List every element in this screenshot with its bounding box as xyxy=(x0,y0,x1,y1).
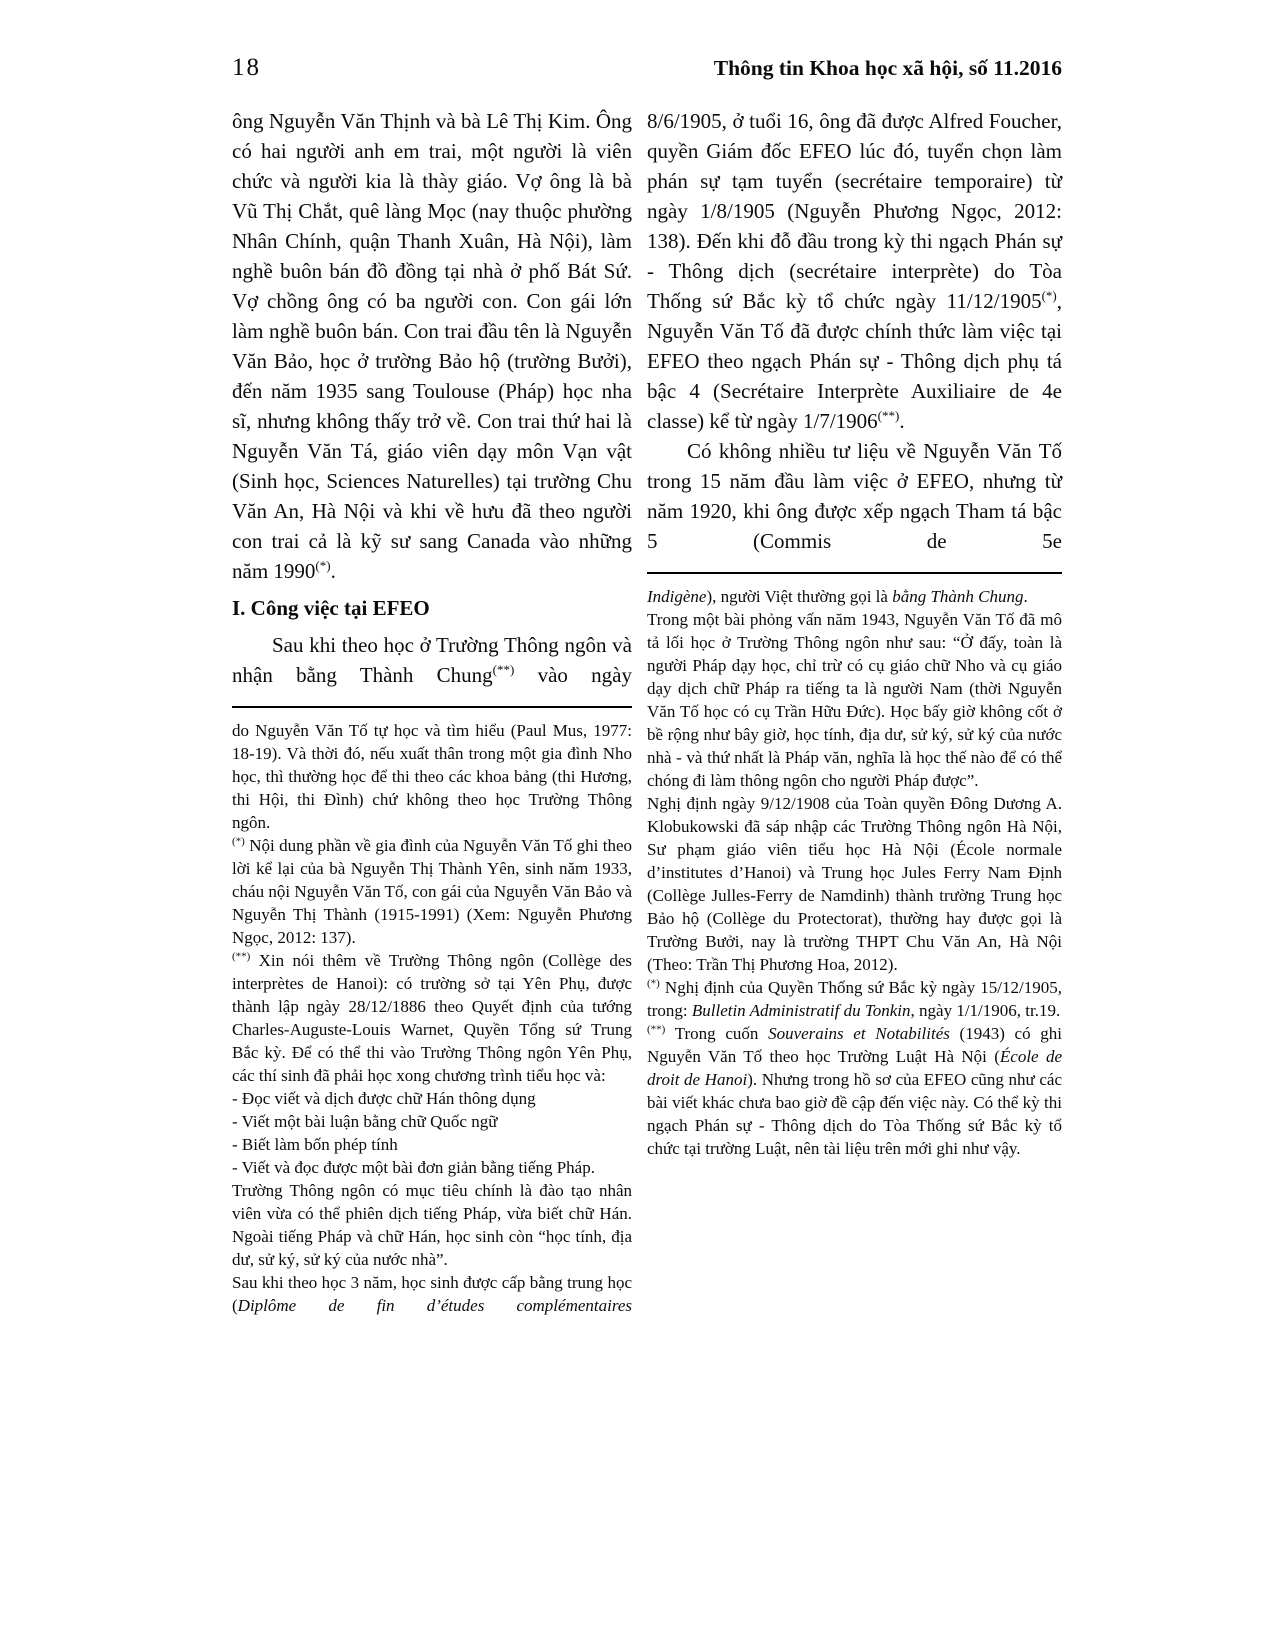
footnote-paragraph: Sau khi theo học 3 năm, học sinh được cấ… xyxy=(232,1271,632,1317)
footnote-paragraph: Trong một bài phỏng vấn năm 1943, Nguyễn… xyxy=(647,608,1062,792)
two-column-layout: ông Nguyễn Văn Thịnh và bà Lê Thị Kim. Ô… xyxy=(232,106,1062,1317)
footnote-paragraph: (**) Trong cuốn Souverains et Notabilité… xyxy=(647,1022,1062,1160)
footnote-text: , ngày 1/1/1906, tr.19. xyxy=(911,1001,1061,1020)
paragraph-text: . xyxy=(899,409,904,433)
footnote-paragraph: (**) Xin nói thêm về Trường Thông ngôn (… xyxy=(232,949,632,1087)
footnote-paragraph: (*) Nghị định của Quyền Thống sứ Bắc kỳ … xyxy=(647,976,1062,1022)
journal-title: Thông tin Khoa học xã hội, số 11.2016 xyxy=(714,56,1062,81)
footnote-text: ), người Việt thường gọi là xyxy=(706,587,892,606)
footnote-list-item: - Viết một bài luận bằng chữ Quốc ngữ xyxy=(232,1110,632,1133)
footnote-marker: (**) xyxy=(493,662,515,677)
body-paragraph: Sau khi theo học ở Trường Thông ngôn và … xyxy=(232,630,632,690)
column-left: ông Nguyễn Văn Thịnh và bà Lê Thị Kim. Ô… xyxy=(232,106,632,1317)
footnote-paragraph: (*) Nội dung phần về gia đình của Nguyễn… xyxy=(232,834,632,949)
footnote-text: Trong cuốn xyxy=(665,1024,768,1043)
footnote-marker: (*) xyxy=(647,977,660,989)
column-right: 8/6/1905, ở tuổi 16, ông đã được Alfred … xyxy=(647,106,1062,1317)
body-paragraph: ông Nguyễn Văn Thịnh và bà Lê Thị Kim. Ô… xyxy=(232,106,632,586)
footnote-text-italic: bằng Thành Chung xyxy=(892,587,1023,606)
right-footnotes: Indigène), người Việt thường gọi là bằng… xyxy=(647,585,1062,1160)
body-paragraph: 8/6/1905, ở tuổi 16, ông đã được Alfred … xyxy=(647,106,1062,436)
footnote-marker: (*) xyxy=(232,835,245,847)
footnote-marker: (*) xyxy=(315,558,330,573)
footnote-paragraph: Indigène), người Việt thường gọi là bằng… xyxy=(647,585,1062,608)
right-body-text: 8/6/1905, ở tuổi 16, ông đã được Alfred … xyxy=(647,106,1062,556)
journal-page: 18 Thông tin Khoa học xã hội, số 11.2016… xyxy=(0,0,1274,1649)
footnote-marker: (**) xyxy=(232,950,250,962)
footnote-text: . xyxy=(1023,587,1027,606)
footnote-separator-rule xyxy=(232,706,632,708)
footnote-separator-rule xyxy=(647,572,1062,574)
footnote-list-item: - Viết và đọc được một bài đơn giản bằng… xyxy=(232,1156,632,1179)
footnote-text: Xin nói thêm về Trường Thông ngôn (Collè… xyxy=(232,951,632,1085)
footnote-paragraph: Trường Thông ngôn có mục tiêu chính là đ… xyxy=(232,1179,632,1271)
footnote-list-item: - Biết làm bốn phép tính xyxy=(232,1133,632,1156)
footnote-text: Nội dung phần về gia đình của Nguyễn Văn… xyxy=(232,836,632,947)
footnote-list-item: - Đọc viết và dịch được chữ Hán thông dụ… xyxy=(232,1087,632,1110)
footnote-paragraph: do Nguyễn Văn Tố tự học và tìm hiểu (Pau… xyxy=(232,719,632,834)
section-heading: I. Công việc tại EFEO xyxy=(232,593,632,623)
page-number: 18 xyxy=(232,54,261,82)
paragraph-text: vào ngày xyxy=(514,663,632,687)
footnote-text-italic: Bulletin Administratif du Tonkin xyxy=(692,1001,911,1020)
footnote-paragraph: Nghị định ngày 9/12/1908 của Toàn quyền … xyxy=(647,792,1062,976)
footnote-marker: (**) xyxy=(878,408,900,423)
page-header: 18 Thông tin Khoa học xã hội, số 11.2016 xyxy=(232,54,1062,82)
left-body-text: ông Nguyễn Văn Thịnh và bà Lê Thị Kim. Ô… xyxy=(232,106,632,690)
footnote-marker: (*) xyxy=(1042,288,1057,303)
paragraph-text: ông Nguyễn Văn Thịnh và bà Lê Thị Kim. Ô… xyxy=(232,109,632,583)
footnote-text-italic: Indigène xyxy=(647,587,706,606)
footnote-text-italic: Souverains et Notabilités xyxy=(768,1024,950,1043)
paragraph-text: . xyxy=(331,559,336,583)
paragraph-text: 8/6/1905, ở tuổi 16, ông đã được Alfred … xyxy=(647,109,1062,313)
left-footnotes: do Nguyễn Văn Tố tự học và tìm hiểu (Pau… xyxy=(232,719,632,1317)
footnote-marker: (**) xyxy=(647,1023,665,1035)
footnote-text-italic: Diplôme de fin d’études complémentaires xyxy=(238,1296,632,1315)
body-paragraph: Có không nhiều tư liệu về Nguyễn Văn Tố … xyxy=(647,436,1062,556)
